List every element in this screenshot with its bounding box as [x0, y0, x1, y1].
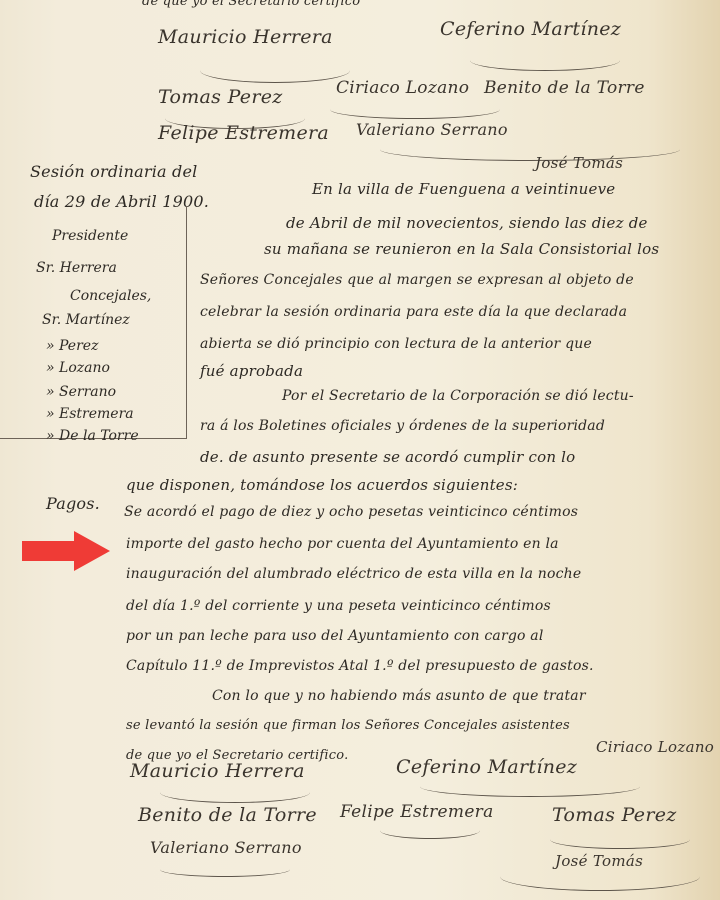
body-line: En la villa de Fuenguena a veintinueve — [312, 180, 615, 198]
councillors-label: Concejales, — [70, 288, 151, 304]
president-name: Sr. Herrera — [36, 260, 117, 276]
body-line: abierta se dió principio con lectura de … — [200, 336, 592, 352]
body-line: Capítulo 11.º de Imprevistos Atal 1.º de… — [126, 658, 594, 674]
signature-lozano: Ciriaco Lozano — [596, 738, 714, 756]
signature-martinez-top: Ceferino Martínez — [440, 18, 621, 40]
body-line: de Abril de mil novecientos, siendo las … — [286, 214, 648, 232]
signature-herrera-top: Mauricio Herrera — [158, 26, 333, 48]
body-line: ra á los Boletines oficiales y órdenes d… — [200, 418, 605, 434]
signature-delatorre-top: Benito de la Torre — [484, 78, 645, 98]
top-closing-line: de que yo el Secretario certifico — [142, 0, 360, 9]
signature-flourish — [420, 776, 640, 797]
body-line: Se acordó el pago de diez y ocho pesetas… — [124, 504, 578, 520]
signature-flourish — [380, 138, 680, 161]
signature-herrera: Mauricio Herrera — [130, 760, 305, 782]
signature-lozano-top: Ciriaco Lozano — [336, 78, 469, 98]
body-line: por un pan leche para uso del Ayuntamien… — [126, 628, 544, 644]
signature-martinez: Ceferino Martínez — [396, 756, 577, 778]
body-line: celebrar la sesión ordinaria para este d… — [200, 304, 627, 320]
body-line: de. de asunto presente se acordó cumplir… — [200, 448, 575, 466]
councillor-item: » De la Torre — [46, 428, 139, 444]
signature-flourish — [380, 822, 480, 839]
signature-perez: Tomas Perez — [552, 804, 677, 826]
signature-delatorre: Benito de la Torre — [138, 804, 317, 826]
councillor-item: » Perez — [46, 338, 98, 354]
president-label: Presidente — [52, 228, 128, 244]
body-line: que disponen, tomándose los acuerdos sig… — [126, 476, 518, 494]
body-line: su mañana se reunieron en la Sala Consis… — [264, 240, 659, 258]
manuscript-page: de que yo el Secretario certifico Mauric… — [0, 0, 720, 900]
body-line: Con lo que y no habiendo más asunto de q… — [212, 688, 586, 704]
signature-estremera-top: Felipe Estremera — [158, 122, 329, 144]
signature-tomas-top: José Tomás — [535, 154, 623, 172]
councillor-item: Sr. Martínez — [42, 312, 130, 328]
red-arrow-icon — [22, 531, 110, 571]
signature-flourish — [160, 782, 310, 803]
body-line: se levantó la sesión que firman los Seño… — [126, 718, 570, 733]
body-line: fué aprobada — [200, 362, 303, 380]
body-line: inauguración del alumbrado eléctrico de … — [126, 566, 581, 582]
payments-label: Pagos. — [46, 494, 100, 513]
signature-serrano: Valeriano Serrano — [150, 838, 302, 857]
councillor-item: » Serrano — [46, 384, 116, 400]
signature-estremera: Felipe Estremera — [340, 802, 494, 822]
signature-flourish — [200, 58, 350, 83]
signature-serrano-top: Valeriano Serrano — [356, 120, 508, 139]
signature-flourish — [160, 862, 290, 877]
councillor-item: » Estremera — [46, 406, 134, 422]
councillor-item: » Lozano — [46, 360, 110, 376]
session-title-line1: Sesión ordinaria del — [30, 162, 197, 181]
signature-flourish — [550, 830, 690, 849]
signature-flourish — [330, 100, 500, 119]
body-line: Por el Secretario de la Corporación se d… — [282, 388, 634, 404]
body-line: Señores Concejales que al margen se expr… — [200, 272, 634, 288]
body-line: del día 1.º del corriente y una peseta v… — [126, 598, 551, 614]
signature-flourish — [500, 862, 700, 891]
signature-perez-top: Tomas Perez — [158, 86, 283, 108]
body-line: importe del gasto hecho por cuenta del A… — [126, 536, 559, 552]
signature-flourish — [470, 50, 620, 71]
